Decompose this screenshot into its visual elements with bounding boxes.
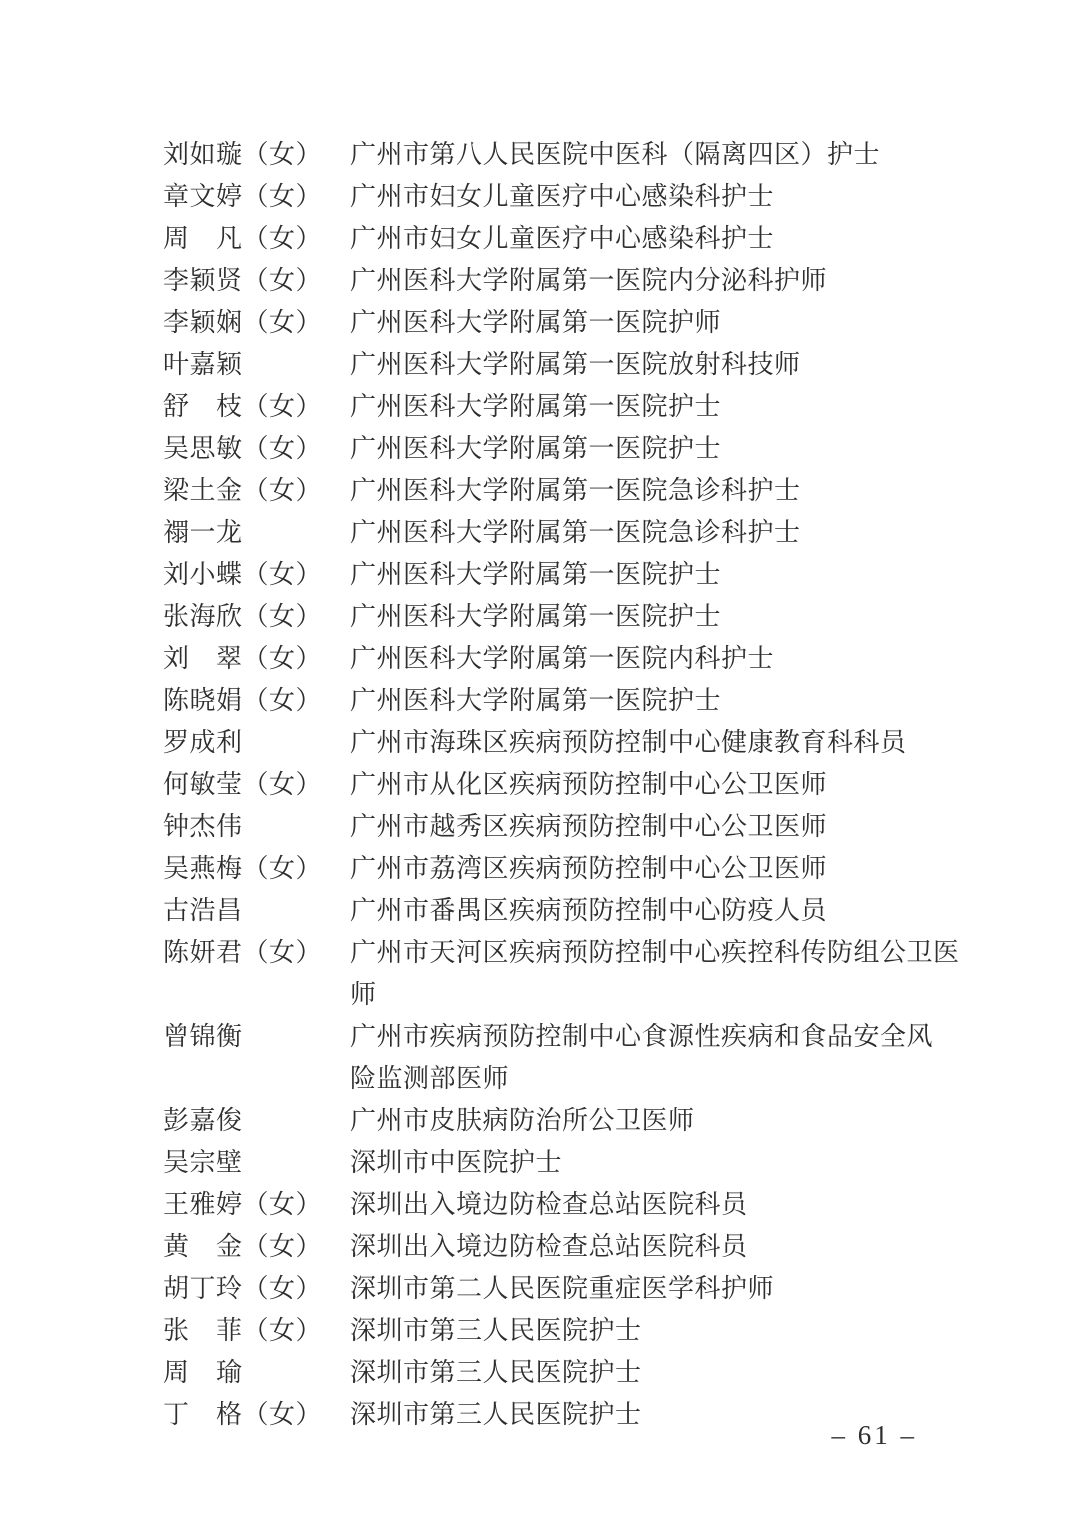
person-name: 曾锦衡 — [163, 1016, 350, 1058]
list-item: 张 菲（女）深圳市第三人民医院护士 — [163, 1310, 983, 1352]
person-name: 胡丁玲（女） — [163, 1268, 350, 1310]
person-role: 深圳市中医院护士 — [350, 1142, 975, 1184]
person-role: 广州市荔湾区疾病预防控制中心公卫医师 — [350, 848, 975, 890]
list-item: 曾锦衡广州市疾病预防控制中心食源性疾病和食品安全风 险监测部医师 — [163, 1016, 983, 1100]
person-role: 广州医科大学附属第一医院放射科技师 — [350, 344, 975, 386]
person-name: 丁 格（女） — [163, 1394, 350, 1436]
person-name: 李颖娴（女） — [163, 302, 350, 344]
person-role: 深圳市第二人民医院重症医学科护师 — [350, 1268, 975, 1310]
person-role: 广州医科大学附属第一医院护师 — [350, 302, 975, 344]
person-role: 广州市第八人民医院中医科（隔离四区）护士 — [350, 134, 975, 176]
person-name: 周 瑜 — [163, 1352, 350, 1394]
person-role: 广州市从化区疾病预防控制中心公卫医师 — [350, 764, 975, 806]
person-role: 广州市妇女儿童医疗中心感染科护士 — [350, 176, 975, 218]
list-item: 吴思敏（女）广州医科大学附属第一医院护士 — [163, 428, 983, 470]
person-role: 广州医科大学附属第一医院急诊科护士 — [350, 470, 975, 512]
list-item: 刘小蝶（女）广州医科大学附属第一医院护士 — [163, 554, 983, 596]
list-item: 黄 金（女）深圳出入境边防检查总站医院科员 — [163, 1226, 983, 1268]
person-name: 彭嘉俊 — [163, 1100, 350, 1142]
award-list: 刘如璇（女）广州市第八人民医院中医科（隔离四区）护士章文婷（女）广州市妇女儿童医… — [163, 134, 983, 1436]
document-page: 刘如璇（女）广州市第八人民医院中医科（隔离四区）护士章文婷（女）广州市妇女儿童医… — [0, 0, 1080, 1527]
list-item: 何敏莹（女）广州市从化区疾病预防控制中心公卫医师 — [163, 764, 983, 806]
list-item: 梁土金（女）广州医科大学附属第一医院急诊科护士 — [163, 470, 983, 512]
person-role: 广州市海珠区疾病预防控制中心健康教育科科员 — [350, 722, 975, 764]
person-role: 深圳出入境边防检查总站医院科员 — [350, 1184, 975, 1226]
person-name: 吴燕梅（女） — [163, 848, 350, 890]
person-role: 广州医科大学附属第一医院急诊科护士 — [350, 512, 975, 554]
person-role: 广州市越秀区疾病预防控制中心公卫医师 — [350, 806, 975, 848]
person-name: 何敏莹（女） — [163, 764, 350, 806]
list-item: 刘 翠（女）广州医科大学附属第一医院内科护士 — [163, 638, 983, 680]
person-role: 深圳出入境边防检查总站医院科员 — [350, 1226, 975, 1268]
person-name: 张 菲（女） — [163, 1310, 350, 1352]
person-name: 李颖贤（女） — [163, 260, 350, 302]
person-name: 周 凡（女） — [163, 218, 350, 260]
list-item: 古浩昌广州市番禺区疾病预防控制中心防疫人员 — [163, 890, 983, 932]
person-role: 广州医科大学附属第一医院护士 — [350, 680, 975, 722]
list-item: 刘如璇（女）广州市第八人民医院中医科（隔离四区）护士 — [163, 134, 983, 176]
person-name: 叶嘉颖 — [163, 344, 350, 386]
person-role: 广州市疾病预防控制中心食源性疾病和食品安全风 险监测部医师 — [350, 1016, 975, 1100]
list-item: 周 瑜深圳市第三人民医院护士 — [163, 1352, 983, 1394]
person-role: 广州市皮肤病防治所公卫医师 — [350, 1100, 975, 1142]
person-role: 广州医科大学附属第一医院内分泌科护师 — [350, 260, 975, 302]
list-item: 王雅婷（女）深圳出入境边防检查总站医院科员 — [163, 1184, 983, 1226]
person-name: 刘小蝶（女） — [163, 554, 350, 596]
person-name: 古浩昌 — [163, 890, 350, 932]
list-item: 李颖娴（女）广州医科大学附属第一医院护师 — [163, 302, 983, 344]
list-item: 叶嘉颖广州医科大学附属第一医院放射科技师 — [163, 344, 983, 386]
list-item: 胡丁玲（女）深圳市第二人民医院重症医学科护师 — [163, 1268, 983, 1310]
list-item: 禤一龙广州医科大学附属第一医院急诊科护士 — [163, 512, 983, 554]
person-name: 王雅婷（女） — [163, 1184, 350, 1226]
list-item: 李颖贤（女）广州医科大学附属第一医院内分泌科护师 — [163, 260, 983, 302]
person-name: 舒 枝（女） — [163, 386, 350, 428]
person-role: 深圳市第三人民医院护士 — [350, 1310, 975, 1352]
person-name: 禤一龙 — [163, 512, 350, 554]
person-role: 广州医科大学附属第一医院护士 — [350, 554, 975, 596]
list-item: 章文婷（女）广州市妇女儿童医疗中心感染科护士 — [163, 176, 983, 218]
person-name: 刘 翠（女） — [163, 638, 350, 680]
person-name: 梁土金（女） — [163, 470, 350, 512]
person-role: 广州市妇女儿童医疗中心感染科护士 — [350, 218, 975, 260]
person-role: 广州医科大学附属第一医院护士 — [350, 596, 975, 638]
person-role: 广州医科大学附属第一医院内科护士 — [350, 638, 975, 680]
person-role: 广州医科大学附属第一医院护士 — [350, 386, 975, 428]
person-role: 广州市番禺区疾病预防控制中心防疫人员 — [350, 890, 975, 932]
person-role: 广州市天河区疾病预防控制中心疾控科传防组公卫医师 — [350, 932, 975, 1016]
person-name: 张海欣（女） — [163, 596, 350, 638]
person-name: 刘如璇（女） — [163, 134, 350, 176]
page-number: – 61 – — [832, 1418, 918, 1452]
person-name: 章文婷（女） — [163, 176, 350, 218]
list-item: 罗成利广州市海珠区疾病预防控制中心健康教育科科员 — [163, 722, 983, 764]
person-name: 罗成利 — [163, 722, 350, 764]
list-item: 彭嘉俊广州市皮肤病防治所公卫医师 — [163, 1100, 983, 1142]
list-item: 吴宗壁深圳市中医院护士 — [163, 1142, 983, 1184]
list-item: 钟杰伟广州市越秀区疾病预防控制中心公卫医师 — [163, 806, 983, 848]
person-name: 吴宗壁 — [163, 1142, 350, 1184]
person-name: 吴思敏（女） — [163, 428, 350, 470]
person-name: 钟杰伟 — [163, 806, 350, 848]
list-item: 吴燕梅（女）广州市荔湾区疾病预防控制中心公卫医师 — [163, 848, 983, 890]
person-name: 陈妍君（女） — [163, 932, 350, 974]
list-item: 陈晓娟（女）广州医科大学附属第一医院护士 — [163, 680, 983, 722]
person-role: 广州医科大学附属第一医院护士 — [350, 428, 975, 470]
person-name: 陈晓娟（女） — [163, 680, 350, 722]
person-role: 深圳市第三人民医院护士 — [350, 1352, 975, 1394]
person-name: 黄 金（女） — [163, 1226, 350, 1268]
list-item: 陈妍君（女）广州市天河区疾病预防控制中心疾控科传防组公卫医师 — [163, 932, 983, 1016]
list-item: 舒 枝（女）广州医科大学附属第一医院护士 — [163, 386, 983, 428]
list-item: 张海欣（女）广州医科大学附属第一医院护士 — [163, 596, 983, 638]
list-item: 周 凡（女）广州市妇女儿童医疗中心感染科护士 — [163, 218, 983, 260]
